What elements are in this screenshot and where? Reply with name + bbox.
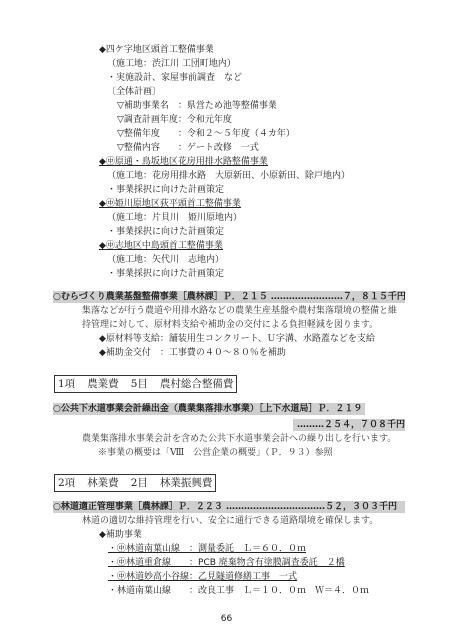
plan-key: ▽整備年度 <box>117 129 178 139</box>
kou-label: 2項 <box>58 477 75 489</box>
route-work: ：乙見隧道修繕工事 一式 <box>189 572 297 582</box>
route-work: ：測量委託 Ｌ＝６０．０ｍ <box>189 544 306 554</box>
project-title: ◆㊥原通・鳥坂地区花房用排水路整備事業 <box>99 156 268 168</box>
detail-item: ◆原材料等支給：舗装用生コンクリート、Ｕ字溝、水路蓋などを支給 <box>99 333 375 345</box>
plan-row: ▽整備年度 ：令和２～５年度（４カ年） <box>117 128 295 140</box>
project-site: （施工地：矢代川 志地内） <box>107 254 224 266</box>
plan-key: ▽調査計画年度 <box>117 115 178 125</box>
plan-value: ：令和元年度 <box>178 115 232 125</box>
plan-label: 〔全体計画〕 <box>107 86 161 98</box>
kou-label: 1項 <box>58 378 75 390</box>
project-work: ・事業採択に向けた計画策定 <box>107 226 224 238</box>
route-name: ・㊥林道妙高小谷線 <box>108 572 189 582</box>
moku-label: 2目 <box>131 477 148 489</box>
project-work: ・実施設計、家屋事前調査 など <box>107 72 242 84</box>
section-box: 2項林業費2目林業振興費 <box>54 474 216 492</box>
project-title: ◆㊥志地区中島頭首工整備事業 <box>99 240 223 252</box>
description: 農業集落排水事業会計を含めた公共下水道事業会計への繰り出しを行います。 <box>82 433 396 445</box>
plan-row: ▽整備内容 ：ゲート改修 一式 <box>117 142 259 154</box>
project-title: ◆㊥姫川原地区荻平頭首工整備事業 <box>99 198 241 210</box>
plan-value: ：ゲート改修 一式 <box>178 143 259 153</box>
detail-item: ・㊥林道南葉山線 ：測量委託 Ｌ＝６０．０ｍ <box>108 543 306 555</box>
detail-item: ・林道南葉山線 ：改良工事 Ｌ＝１０．０ｍ Ｗ＝４．０ｍ <box>108 585 369 597</box>
description: 持管理に対して、原材料支給や補助金の交付による負担軽減を図ります。 <box>82 319 378 331</box>
project-work: ・事業採択に向けた計画策定 <box>107 184 224 196</box>
plan-row: ▽調査計画年度：令和元年度 <box>117 114 232 126</box>
project-site: （施工地：花房用排水路 大原新田、小原新田、除戸地内） <box>107 170 350 182</box>
plan-row: ▽補助事業名 ：県営ため池等整備事業 <box>117 100 277 112</box>
budget-item-header: ○公共下水道事業会計繰出金（農業集落排水事業）［上下水道局］Ｐ．２１９ <box>53 403 362 415</box>
route-name: ・㊥林道重倉線 <box>108 558 189 568</box>
project-site: （施工地：片貝川 姫川原地内） <box>107 212 242 224</box>
budget-amount: ………２５４，７０８千円 <box>297 419 405 431</box>
project-title: ◆四ケ字地区頭首工整備事業 <box>99 44 214 56</box>
route-work: ：改良工事 Ｌ＝１０．０ｍ Ｗ＝４．０ｍ <box>189 586 369 596</box>
budget-item-header: ○林道適正管理事業［農林課］Ｐ．２２３ ……………………………５２，３０３千円 <box>53 501 397 513</box>
route-work: ：PCB 廃棄物含有塗膜調査委託 ２橋 <box>189 558 345 568</box>
detail-item: ◆補助金交付 ：工事費の４０～８０％を補助 <box>99 347 286 359</box>
description: 林道の適切な維持管理を行い、安全に通行できる道路環境を確保します。 <box>82 515 378 527</box>
moku-name: 林業振興費 <box>160 477 213 489</box>
project-work: ・事業採択に向けた計画策定 <box>107 268 224 280</box>
note: ※事業の概要は「Ⅷ 公営企業の概要」（Ｐ．９３）参照 <box>98 447 333 459</box>
plan-key: ▽補助事業名 <box>117 101 178 111</box>
kou-name: 農業費 <box>87 378 119 390</box>
sub-label: ◆補助事業 <box>99 529 142 541</box>
section-box: 1項農業費5目農村総合整備費 <box>54 375 237 393</box>
project-site: （施工地：渋江川 工団町地内） <box>107 58 236 70</box>
plan-value: ：県営ため池等整備事業 <box>178 101 277 111</box>
route-name: ・林道南葉山線 <box>108 586 189 596</box>
page-number: 66 <box>0 614 453 624</box>
detail-item: ・㊥林道重倉線 ：PCB 廃棄物含有塗膜調査委託 ２橋 <box>108 557 345 569</box>
moku-name: 農村総合整備費 <box>160 378 234 390</box>
kou-name: 林業費 <box>87 477 119 489</box>
detail-item: ・㊥林道妙高小谷線：乙見隧道修繕工事 一式 <box>108 571 297 583</box>
plan-value: ：令和２～５年度（４カ年） <box>178 129 295 139</box>
budget-item-header: ○むらづくり農業基盤整備事業［農林課］Ｐ．２１５ ……………………７，８１５千円 <box>53 291 406 303</box>
plan-key: ▽整備内容 <box>117 143 178 153</box>
moku-label: 5目 <box>131 378 148 390</box>
description: 集落などが行う農道や用排水路などの農業生産基盤や農村集落環境の整備と維 <box>82 305 397 317</box>
route-name: ・㊥林道南葉山線 <box>108 544 189 554</box>
